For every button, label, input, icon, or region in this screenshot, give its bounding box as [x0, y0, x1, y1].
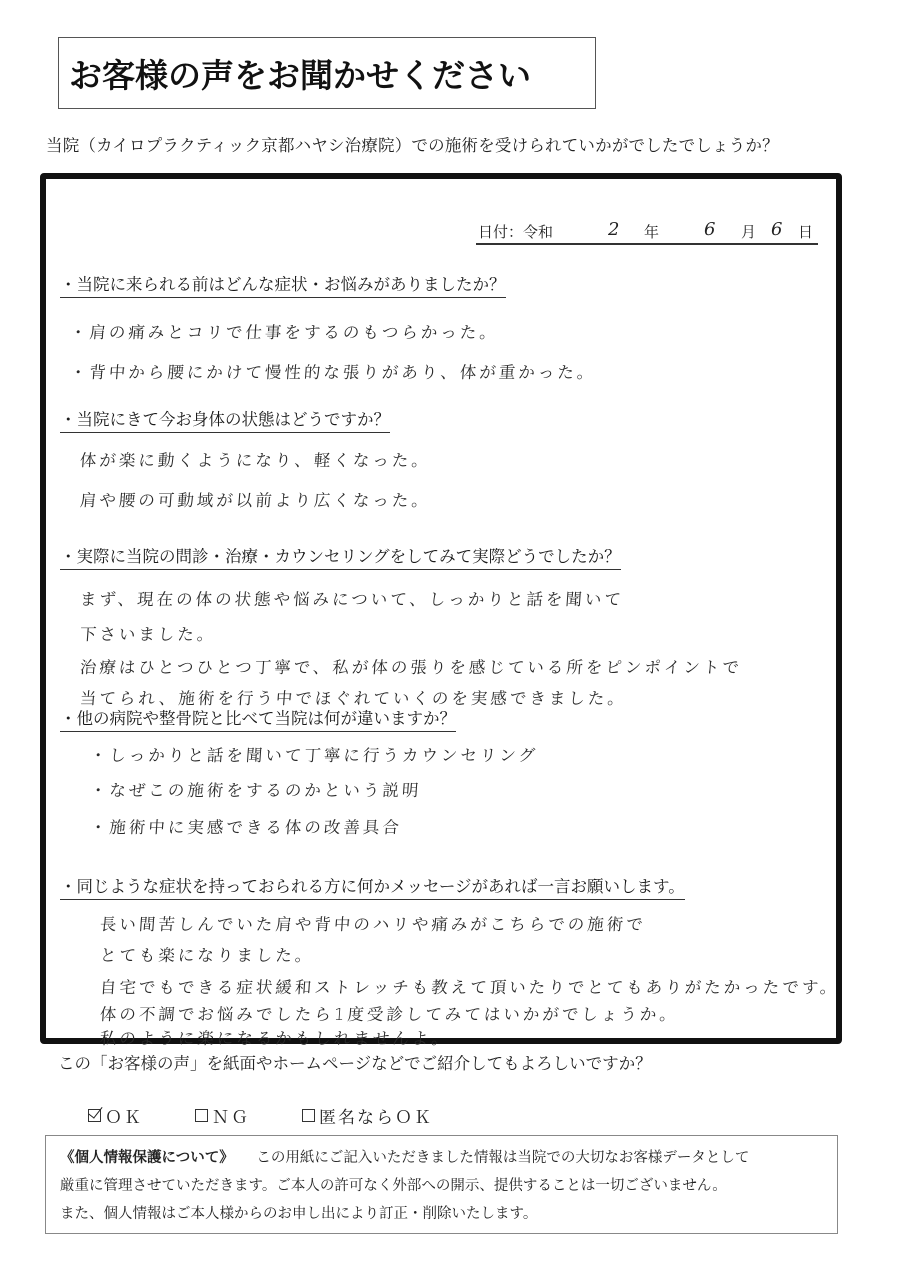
answer-line: ・背中から腰にかけて慢性的な張りがあり、体が重かった。	[69, 359, 597, 383]
answer-line: 治療はひとつひとつ丁寧で、私が体の張りを感じている所をピンポイントで	[79, 654, 743, 678]
option-ng[interactable]: ＮＧ	[195, 1103, 250, 1128]
question-message: ・同じような症状を持っておられる方に何かメッセージがあれば一言お願いします。	[60, 873, 685, 900]
page-title: お客様の声をお聞かせください	[69, 50, 531, 97]
privacy-line-3: また、個人情報はご本人様からのお申し出により訂正・削除いたします。	[60, 1200, 823, 1228]
checkbox-ok-checked[interactable]	[88, 1109, 101, 1122]
option-anonymous-ok[interactable]: 匿名ならＯＫ	[302, 1103, 433, 1128]
checkbox-ng[interactable]	[195, 1109, 208, 1122]
option-ok[interactable]: ＯＫ	[88, 1103, 143, 1128]
consent-options: ＯＫ ＮＧ 匿名ならＯＫ	[88, 1103, 433, 1128]
date-field: 日付：令和 2 年 6 月 6 日	[476, 219, 818, 245]
answer-line: とても楽になりました。	[99, 942, 315, 966]
answer-line: ・肩の痛みとコリで仕事をするのもつらかった。	[69, 319, 500, 343]
date-day-value: 6	[771, 219, 782, 240]
answer-line: 私のように楽になるかもしれませんよ。	[99, 1025, 452, 1049]
privacy-heading: 《個人情報保護について》	[60, 1149, 234, 1166]
answer-line: まず、現在の体の状態や悩みについて、しっかりと話を聞いて	[79, 586, 625, 610]
privacy-line-1: この用紙にご記入いただきました情報は当院での大切なお客様データとして	[256, 1150, 749, 1166]
answer-line: ・しっかりと話を聞いて丁寧に行うカウンセリング	[89, 742, 539, 766]
answer-line: 体の不調でお悩みでしたら1度受診してみてはいかがでしょうか。	[99, 1001, 680, 1025]
option-ok-label: ＯＫ	[105, 1103, 143, 1128]
date-month-value: 6	[704, 219, 715, 240]
answer-line: 下さいました。	[79, 621, 217, 645]
answer-line: 長い間苦しんでいた肩や背中のハリや痛みがこちらでの施術で	[99, 911, 647, 935]
privacy-notice: 《個人情報保護について》 この用紙にご記入いただきました情報は当院での大切なお客…	[45, 1135, 838, 1234]
question-difference: ・他の病院や整骨院と比べて当院は何が違いますか？	[60, 705, 456, 732]
question-symptoms-before: ・当院に来られる前はどんな症状・お悩みがありましたか？	[60, 271, 506, 298]
answer-line: 肩や腰の可動域が以前より広くなった。	[79, 487, 432, 511]
date-label: 日付：令和	[478, 221, 553, 242]
consent-question: この「お客様の声」を紙面やホームページなどでご紹介してもよろしいですか？	[58, 1050, 652, 1074]
option-ng-label: ＮＧ	[212, 1103, 250, 1128]
answer-line: ・施術中に実感できる体の改善具合	[89, 814, 403, 838]
answer-line: 体が楽に動くようになり、軽くなった。	[79, 447, 432, 471]
title-box: お客様の声をお聞かせください	[58, 37, 596, 109]
answer-line: ・なぜこの施術をするのかという説明	[89, 777, 422, 801]
privacy-line-2: 厳重に管理させていただきます。ご本人の許可なく外部への開示、提供することは一切ご…	[60, 1172, 823, 1200]
option-anonymous-ok-label: 匿名ならＯＫ	[319, 1103, 433, 1128]
intro-text: 当院（カイロプラクティック京都ハヤシ治療院）での施術を受けられていかがでしたでし…	[46, 132, 779, 156]
checkbox-anonymous-ok[interactable]	[302, 1109, 315, 1122]
question-experience: ・実際に当院の問診・治療・カウンセリングをしてみて実際どうでしたか？	[60, 543, 621, 570]
date-day-unit: 日	[798, 221, 813, 242]
date-year-value: 2	[608, 219, 619, 240]
date-month-unit: 月	[741, 221, 756, 242]
survey-form-box: 日付：令和 2 年 6 月 6 日 ・当院に来られる前はどんな症状・お悩みがあり…	[40, 173, 842, 1044]
date-year-unit: 年	[644, 221, 659, 242]
answer-line: 自宅でもできる症状緩和ストレッチも教えて頂いたりでとてもありがたかったです。	[99, 974, 840, 998]
question-current-condition: ・当院にきて今お身体の状態はどうですか？	[60, 406, 390, 433]
